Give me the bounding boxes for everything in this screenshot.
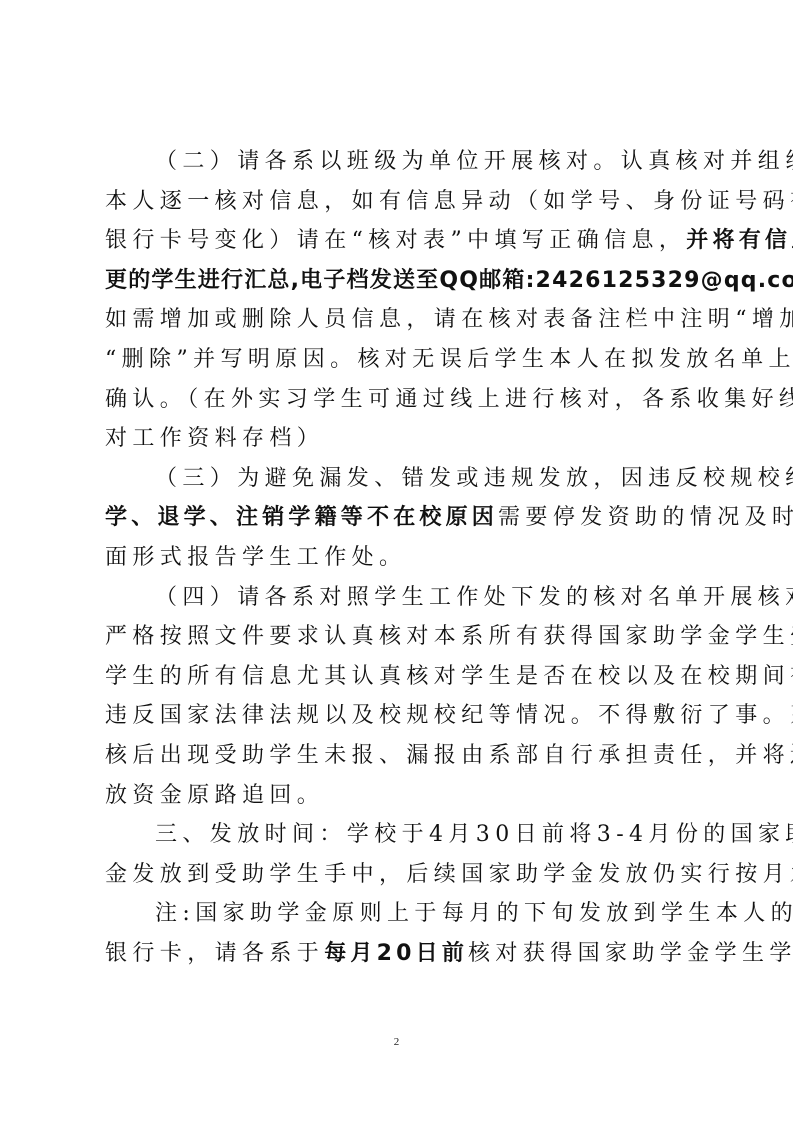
text-line-14: 学生的所有信息尤其认真核对学生是否在校以及在校期间有无 — [105, 657, 695, 697]
text-segment: （三）为避免漏发、错发或违规发放，因违反校规校纪或 — [155, 466, 793, 491]
text-line-15: 违反国家法律法规以及校规校纪等情况。不得敷衍了事。系部审 — [105, 696, 695, 736]
text-line-6: “删除”并写明原因。核对无误后学生本人在拟发放名单上签字 — [105, 340, 695, 380]
text-segment: 注:国家助学金原则上于每月的下旬发放到学生本人的工商 — [155, 901, 793, 926]
text-line-1: （二）请各系以班级为单位开展核对。认真核对并组织学生 — [105, 142, 695, 182]
bold-text-segment: 学、退学、注销学籍等不在校原因 — [105, 505, 498, 530]
text-segment: （四）请各系对照学生工作处下发的核对名单开展核对工作。 — [155, 585, 793, 610]
text-segment: 对工作资料存档） — [105, 426, 324, 451]
text-line-20: 注:国家助学金原则上于每月的下旬发放到学生本人的工商 — [105, 894, 695, 934]
text-segment: 违反国家法律法规以及校规校纪等情况。不得敷衍了事。系部审 — [105, 703, 793, 728]
text-segment: 本人逐一核对信息，如有信息异动（如学号、身份证号码有误、 — [105, 189, 793, 214]
text-line-3: 银行卡号变化）请在“核对表”中填写正确信息，并将有信息变 — [105, 221, 695, 261]
text-segment: 如需增加或删除人员信息，请在核对表备注栏中注明“增加”、 — [105, 307, 793, 332]
document-body: （二）请各系以班级为单位开展核对。认真核对并组织学生 本人逐一核对信息，如有信息… — [105, 142, 695, 973]
text-segment: 放资金原路追回。 — [105, 783, 324, 808]
text-segment: 面形式报告学生工作处。 — [105, 545, 406, 570]
text-line-13: 严格按照文件要求认真核对本系所有获得国家助学金学生受助 — [105, 617, 695, 657]
text-line-17: 放资金原路追回。 — [105, 776, 695, 816]
text-segment: 核后出现受助学生未报、漏报由系部自行承担责任，并将违规发 — [105, 743, 793, 768]
text-line-12: （四）请各系对照学生工作处下发的核对名单开展核对工作。 — [105, 578, 695, 618]
text-line-4: 更的学生进行汇总,电子档发送至QQ邮箱:2426125329@qq.com; — [105, 261, 695, 301]
text-line-2: 本人逐一核对信息，如有信息异动（如学号、身份证号码有误、 — [105, 182, 695, 222]
text-segment: 需要停发资助的情况及时以书 — [498, 505, 793, 530]
text-line-7: 确认。（在外实习学生可通过线上进行核对，各系收集好线上核 — [105, 380, 695, 420]
deadline-bold: 每月20日前 — [324, 941, 468, 966]
text-segment: 金发放到受助学生手中，后续国家助学金发放仍实行按月发放。 — [105, 862, 793, 887]
bold-text-segment: 并将有信息变 — [686, 228, 793, 253]
text-line-11: 面形式报告学生工作处。 — [105, 538, 695, 578]
text-line-5: 如需增加或删除人员信息，请在核对表备注栏中注明“增加”、 — [105, 300, 695, 340]
text-segment: 严格按照文件要求认真核对本系所有获得国家助学金学生受助 — [105, 624, 793, 649]
text-segment: 确认。（在外实习学生可通过线上进行核对，各系收集好线上核 — [105, 387, 793, 412]
text-line-18: 三、发放时间：学校于4月30日前将3-4月份的国家助学 — [105, 815, 695, 855]
text-line-9: （三）为避免漏发、错发或违规发放，因违反校规校纪或休 — [105, 459, 695, 499]
text-segment: 银行卡，请各系于 — [105, 941, 324, 966]
document-page: （二）请各系以班级为单位开展核对。认真核对并组织学生 本人逐一核对信息，如有信息… — [0, 0, 793, 1122]
text-segment: “删除”并写明原因。核对无误后学生本人在拟发放名单上签字 — [105, 347, 793, 372]
text-line-19: 金发放到受助学生手中，后续国家助学金发放仍实行按月发放。 — [105, 855, 695, 895]
text-line-10: 学、退学、注销学籍等不在校原因需要停发资助的情况及时以书 — [105, 498, 695, 538]
email-instruction-bold: 更的学生进行汇总,电子档发送至QQ邮箱:2426125329@qq.com; — [105, 268, 793, 293]
text-segment: 核对获得国家助学金学生学籍异 — [468, 941, 793, 966]
text-line-8: 对工作资料存档） — [105, 419, 695, 459]
text-segment: （二）请各系以班级为单位开展核对。认真核对并组织学生 — [155, 149, 793, 174]
page-number: 2 — [0, 1036, 793, 1048]
text-segment: 学生的所有信息尤其认真核对学生是否在校以及在校期间有无 — [105, 664, 793, 689]
text-segment: 银行卡号变化）请在“核对表”中填写正确信息， — [105, 228, 686, 253]
text-segment: 三、发放时间：学校于4月30日前将3-4月份的国家助学 — [155, 822, 793, 847]
text-line-21: 银行卡，请各系于每月20日前核对获得国家助学金学生学籍异 — [105, 934, 695, 974]
text-line-16: 核后出现受助学生未报、漏报由系部自行承担责任，并将违规发 — [105, 736, 695, 776]
